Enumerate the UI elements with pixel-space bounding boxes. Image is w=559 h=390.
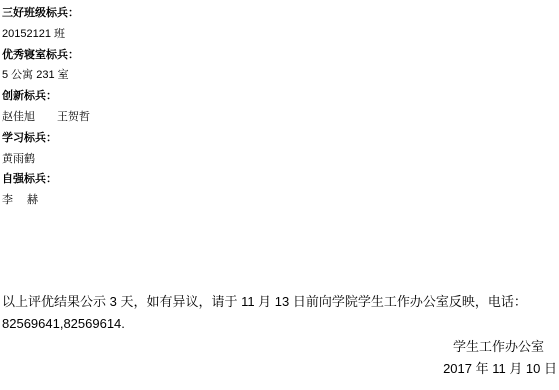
award-winner: 李 赫 xyxy=(2,190,557,211)
notice-text-line2: 82569641,82569614. xyxy=(2,313,559,335)
award-category-label: 创新标兵： xyxy=(2,86,557,107)
notice-text-line1: 以上评优结果公示 3 天，如有异议，请于 11 月 13 日前向学院学生工作办公… xyxy=(2,291,559,313)
signature-date: 2017 年 11 月 10 日 xyxy=(2,358,559,380)
award-winner: 20152121 班 xyxy=(2,24,557,45)
award-winner: 黄雨鹤 xyxy=(2,149,557,170)
award-category-label: 自强标兵： xyxy=(2,169,557,190)
document-page: 三好班级标兵： 20152121 班 优秀寝室标兵： 5 公寓 231 室 创新… xyxy=(0,0,559,390)
award-winner: 赵佳旭 王贺哲 xyxy=(2,107,557,128)
award-category-label: 三好班级标兵： xyxy=(2,3,557,24)
notice-block: 以上评优结果公示 3 天，如有异议，请于 11 月 13 日前向学院学生工作办公… xyxy=(2,291,559,380)
signature-office: 学生工作办公室 xyxy=(2,336,559,358)
award-category-label: 学习标兵： xyxy=(2,128,557,149)
award-winner: 5 公寓 231 室 xyxy=(2,65,557,86)
award-category-label: 优秀寝室标兵： xyxy=(2,45,557,66)
awards-list: 三好班级标兵： 20152121 班 优秀寝室标兵： 5 公寓 231 室 创新… xyxy=(2,3,557,211)
